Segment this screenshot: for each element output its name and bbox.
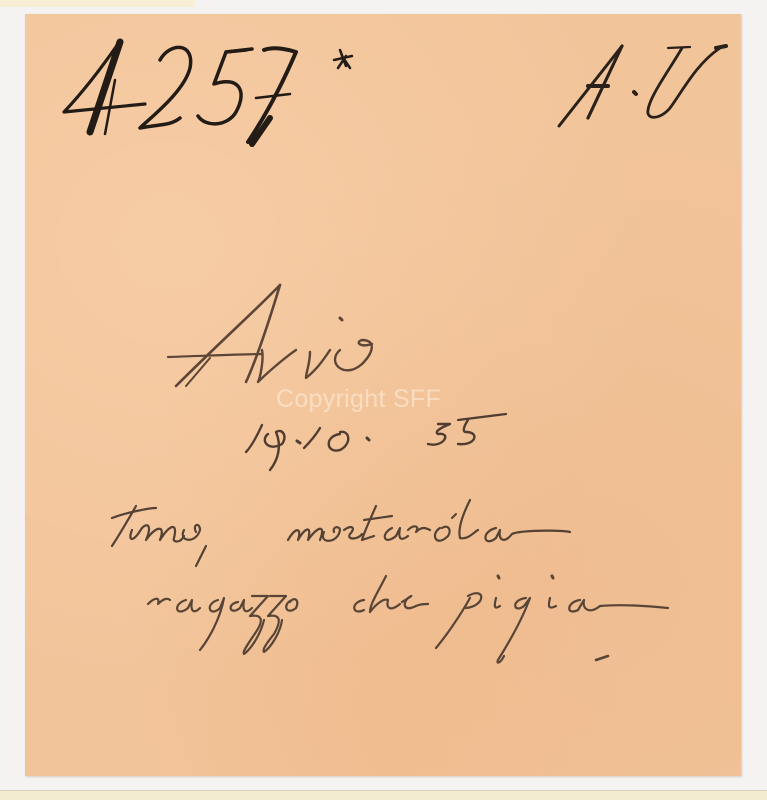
date: 19·10·35 (245, 410, 423, 456)
place-name: Avio (170, 290, 343, 383)
copyright-watermark: Copyright SFF (276, 385, 441, 414)
initials: A·U (560, 45, 673, 115)
description-line-1: tino, mostaróla (110, 500, 447, 551)
underlying-sheet-bottom (0, 790, 767, 800)
description-line-2: ragazzo che pigia (145, 575, 537, 626)
catalog-number: 4257 (60, 40, 238, 122)
catalog-star-mark: * (332, 48, 347, 83)
underlying-sheet-top (0, 0, 195, 7)
scan-background: 4257 * A·U Avio 19·10·35 tino, mostaróla… (0, 0, 767, 800)
